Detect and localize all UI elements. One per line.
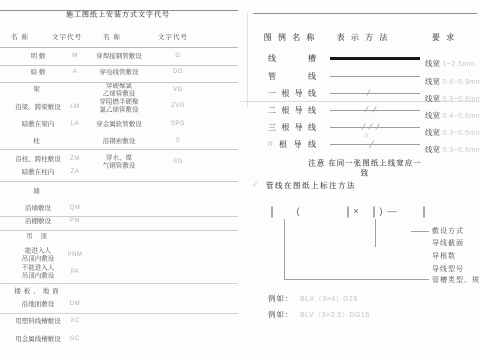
example-label: 例如： xyxy=(268,293,294,304)
table-row-name: 不能进入人 吊顶内敷设 xyxy=(22,265,55,282)
legend-name-char: 管 xyxy=(268,71,276,82)
table-row-code: PA xyxy=(71,269,80,277)
legend-name-char: 一 xyxy=(268,88,276,99)
legend-name-char: 导 xyxy=(295,122,303,133)
table-row-name: 吊 顶 xyxy=(26,233,50,241)
legend-row-name: 线槽 xyxy=(268,53,316,64)
placeholder-bar xyxy=(374,207,375,218)
table-row-code: G xyxy=(175,53,180,61)
dash-sign: — xyxy=(388,206,397,218)
table-row-name: 沿梁、跨梁敷设 xyxy=(15,104,61,112)
callout-label: 导线截面 xyxy=(432,238,464,248)
legend-name-char: 三 xyxy=(268,122,276,133)
legend-name-char: 二 xyxy=(268,105,276,116)
requirement-value: 0.3~0.6mm xyxy=(440,147,480,154)
legend-name-char: 根 xyxy=(281,105,289,116)
table-row-code: SG xyxy=(173,159,183,167)
legend-name-char: 线 xyxy=(308,105,316,116)
legend-symbol-line xyxy=(330,57,420,60)
leader-line xyxy=(411,231,429,232)
legend-name-char: 线 xyxy=(308,88,316,99)
requirement-value: 0.4~0.6mm xyxy=(440,113,480,120)
legend-name-char: 导 xyxy=(295,105,303,116)
table-row-name: 梁 xyxy=(33,86,43,94)
legend-row-name: 三根导线 xyxy=(268,122,316,133)
table-row-divider xyxy=(0,313,238,314)
legend-name-char: 导 xyxy=(295,88,303,99)
legend-header-requirement: 要 求 xyxy=(432,33,456,43)
table-row-divider xyxy=(0,47,238,48)
table-row-code: PM xyxy=(70,218,80,226)
legend-name-char: 线 xyxy=(308,139,316,150)
table-row-name: 楼板、地面 xyxy=(14,288,62,296)
requirement-value: 0.3~0.5mm xyxy=(440,130,480,137)
table-row-code: S xyxy=(176,138,181,146)
legend-name-char: 导 xyxy=(293,139,301,150)
table-row-code: VG xyxy=(173,87,183,95)
legend-symbol-line xyxy=(330,76,420,77)
legend-name-char: 根 xyxy=(281,88,289,99)
table-row-name: 明 敷 xyxy=(31,53,46,61)
legend-requirement: 线宽 1~2.5mm xyxy=(425,53,475,71)
leader-line xyxy=(284,219,285,279)
legend-header-symbol: 表 示 方 法 xyxy=(337,33,390,43)
legend-row-name: n根导线 xyxy=(268,139,316,150)
legend-symbol-line xyxy=(330,144,420,145)
column-header-name-2: 名 称 xyxy=(103,34,121,42)
table-row-name: 暗敷在柱内 xyxy=(22,169,55,177)
table-row-code: QM xyxy=(70,205,81,213)
legend-name-char: 线 xyxy=(308,71,316,82)
legend-requirement: 线宽 0.3~0.6mm xyxy=(425,88,480,106)
legend-name-char: 根 xyxy=(281,122,289,133)
example-value: BLV（3×2.5）DG15 xyxy=(300,310,370,320)
table-row-name: 暗敷在梁内 xyxy=(22,121,55,129)
table-row-code: ZVG xyxy=(171,103,185,111)
legend-requirement: 线宽 0.3~0.5mm xyxy=(425,122,480,140)
right-page-top-rule xyxy=(253,13,477,14)
legend-name-char: 根 xyxy=(279,139,287,150)
column-header-code-1: 文字代号 xyxy=(52,34,82,42)
leader-line xyxy=(284,279,429,280)
table-row-code: ZM xyxy=(70,156,80,164)
legend-requirement: 线宽 0.3~0.6mm xyxy=(425,139,480,157)
table-row-code: A xyxy=(73,69,78,77)
table-row-divider xyxy=(0,230,238,231)
table-row-name: 暗 敷 xyxy=(31,69,46,77)
annotation-method-title: 管线在图纸上标注方法 xyxy=(266,180,356,191)
table-row-code: M xyxy=(72,53,78,61)
table-row-name: 墙 xyxy=(33,188,43,196)
table-row-name: 沿棚敷设 xyxy=(25,218,51,226)
handwritten-check-mark: ✓ xyxy=(252,180,259,189)
table-row-name: 穿金属软管敷设 xyxy=(96,121,142,129)
close-paren: ) xyxy=(380,206,383,218)
table-row-code: DG xyxy=(173,69,183,77)
table-row-name: 沿钢索敷设 xyxy=(103,138,136,146)
legend-row-name: 管线 xyxy=(268,71,316,82)
table-row-name: 穿水、煤 气钢管敷设 xyxy=(103,155,136,172)
column-header-name-1: 名 称 xyxy=(11,34,29,42)
legend-header-name: 图 例 名 称 xyxy=(264,33,317,43)
table-row-code: ZA xyxy=(71,169,80,177)
legend-name-char: 线 xyxy=(268,53,276,64)
table-row-code: PNM xyxy=(68,252,83,260)
table-row-name: 柱 xyxy=(33,138,43,146)
table-row-code: DM xyxy=(70,301,80,309)
legend-requirement: 线宽 0.6~0.9mm xyxy=(425,71,480,89)
example-label: 例如： xyxy=(268,309,294,320)
placeholder-bar xyxy=(272,207,273,218)
requirement-value: 1~2.5mm xyxy=(440,61,475,68)
callout-label: 导线型号 xyxy=(432,264,464,274)
table-row-code: SPG xyxy=(171,121,185,129)
placeholder-bar xyxy=(424,207,425,218)
table-row-code: GC xyxy=(70,336,80,344)
table-row-divider xyxy=(0,82,238,83)
table-row-name: 沿地面敷设 xyxy=(22,301,55,309)
table-row-name: 用塑料线槽敷设 xyxy=(15,318,61,326)
callout-label: 管槽类型、规格 xyxy=(432,275,480,285)
legend-name-char: n xyxy=(268,139,272,150)
requirement-label: 线宽 xyxy=(425,145,440,154)
table-row-divider xyxy=(0,65,238,66)
legend-row-name: 一根导线 xyxy=(268,88,316,99)
leader-line xyxy=(375,219,376,247)
callout-label: 导根数 xyxy=(432,251,456,261)
table-row-name: 能进入人 吊顶内敷设 xyxy=(22,248,55,265)
requirement-label: 线宽 xyxy=(425,59,440,68)
requirement-label: 线宽 xyxy=(425,77,440,86)
line-width-note: 注意 在同一张图纸上线宽应一致 xyxy=(308,158,423,178)
table-row-name: 用金属线槽敷设 xyxy=(15,336,61,344)
table-row-name: 穿阻燃半硬聚 氯乙烯管敷设 xyxy=(100,99,139,116)
legend-requirement: 线宽 0.4~0.6mm xyxy=(425,105,480,123)
left-page-title: 施工图纸上安装方式文字代号 xyxy=(66,10,170,19)
placeholder-bar xyxy=(348,207,349,218)
example-value: BLX（3×4）G25 xyxy=(300,294,358,304)
table-row-divider xyxy=(0,181,238,182)
legend-row-name: 二根导线 xyxy=(268,105,316,116)
requirement-label: 线宽 xyxy=(425,128,440,137)
column-header-code-2: 文字代号 xyxy=(158,34,188,42)
table-row-name: 穿硬聚氯 乙烯管敷设 xyxy=(103,83,136,100)
requirement-label: 线宽 xyxy=(425,94,440,103)
table-row-divider xyxy=(0,283,238,284)
table-row-code: LM xyxy=(70,104,79,112)
table-row-code: LA xyxy=(71,121,79,129)
table-row-name: 沿柱、跨柱敷设 xyxy=(15,156,61,164)
table-row-divider xyxy=(0,216,238,217)
legend-name-char: 槽 xyxy=(308,53,316,64)
table-row-divider xyxy=(0,149,238,150)
callout-label: 敷设方式 xyxy=(432,226,464,236)
table-row-name: 穿电线管敷设 xyxy=(100,69,139,77)
times-sign: × xyxy=(353,206,358,218)
wire-count-n-label: n xyxy=(365,133,368,139)
page-gutter-line xyxy=(247,13,248,108)
table-row-code: XC xyxy=(70,318,79,326)
table-row-name: 沿墙敷设 xyxy=(25,205,51,213)
table-row-name: 穿焊接钢管敷设 xyxy=(96,53,142,61)
scanned-document: 施工图纸上安装方式文字代号 名 称 文字代号 名 称 文字代号 明 敷M暗 敷A… xyxy=(0,0,480,360)
requirement-value: 0.6~0.9mm xyxy=(440,79,480,86)
legend-symbol-line xyxy=(330,110,420,111)
requirement-value: 0.3~0.6mm xyxy=(440,96,480,103)
open-paren: ( xyxy=(297,206,300,218)
requirement-label: 线宽 xyxy=(425,111,440,120)
legend-symbol-line xyxy=(330,93,420,94)
legend-name-char: 线 xyxy=(308,122,316,133)
